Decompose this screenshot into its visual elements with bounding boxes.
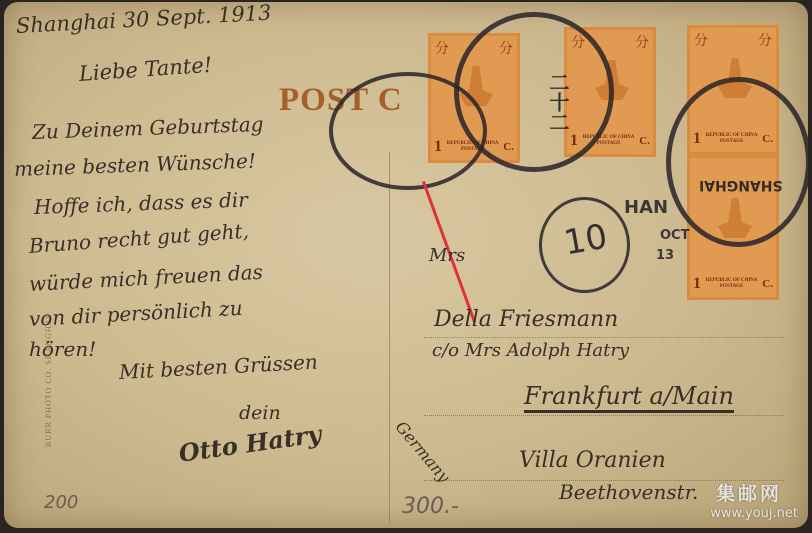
postmark-day: 13 xyxy=(656,248,674,263)
postmark-numeral: 10 xyxy=(539,197,630,293)
dateline: Shanghai 30 Sept. 1913 xyxy=(15,1,272,38)
postmark-left xyxy=(329,72,487,190)
message-line: Hoffe ich, dass es dir xyxy=(34,188,249,219)
stamp-cents: C. xyxy=(639,135,650,147)
stamp-corner-char: 分 xyxy=(635,32,649,52)
stamp-corner-char: 分 xyxy=(694,30,708,50)
message-line: von dir persönlich zu xyxy=(28,296,243,331)
postmark-han-text: HAN xyxy=(624,197,668,218)
salutation: Liebe Tante! xyxy=(78,53,213,86)
country-note: Germany xyxy=(392,417,454,486)
message-line: würde mich freuen das xyxy=(28,260,263,296)
pencil-note-left: 200 xyxy=(44,492,78,513)
address-line: Frankfurt a/Main xyxy=(524,382,734,413)
postmark-chinese-chars: 二十二 xyxy=(544,72,573,132)
watermark: 集邮网 www.youj.net xyxy=(710,479,798,521)
watermark-url: www.youj.net xyxy=(710,506,798,521)
address-prefix: Mrs xyxy=(429,245,465,266)
message-line: Bruno recht gut geht, xyxy=(28,219,249,258)
address-line: c/o Mrs Adolph Hatry xyxy=(432,340,629,361)
message-line: Zu Deinem Geburtstag xyxy=(32,112,264,144)
signature: Otto Hatry xyxy=(177,419,323,468)
stamp-corner-char: 分 xyxy=(435,38,449,58)
postmark-numeral-text: 10 xyxy=(561,217,611,264)
stamp-denomination: 1 xyxy=(693,275,701,293)
stamp-cents: C. xyxy=(762,278,773,290)
watermark-chinese: 集邮网 xyxy=(710,479,782,506)
card-divider xyxy=(389,152,390,522)
postcard: POST C BURR PHOTO CO. SHANGHAI Shanghai … xyxy=(4,2,808,528)
address-rule xyxy=(424,337,784,338)
message-line: hören! xyxy=(29,337,96,361)
publisher-imprint: BURR PHOTO CO. SHANGHAI xyxy=(44,315,53,447)
postmark-month: OCT xyxy=(660,228,689,243)
message-line: meine besten Wünsche! xyxy=(14,149,257,181)
address-line: Beethovenstr. xyxy=(559,480,698,504)
closing-dein: dein xyxy=(239,402,281,424)
address-line: Della Friesmann xyxy=(434,307,618,332)
postmark-shanghai: SHANGHAI xyxy=(666,77,811,247)
pencil-note-right: 300.- xyxy=(402,494,459,519)
stamp-corner-char: 分 xyxy=(758,30,772,50)
address-line: Villa Oranien xyxy=(519,448,666,473)
postmark-shanghai-text: SHANGHAI xyxy=(699,177,783,193)
address-rule xyxy=(424,415,784,416)
stamp-text: REPUBLIC OF CHINA POSTAGE xyxy=(701,278,762,290)
closing: Mit besten Grüssen xyxy=(118,350,318,384)
